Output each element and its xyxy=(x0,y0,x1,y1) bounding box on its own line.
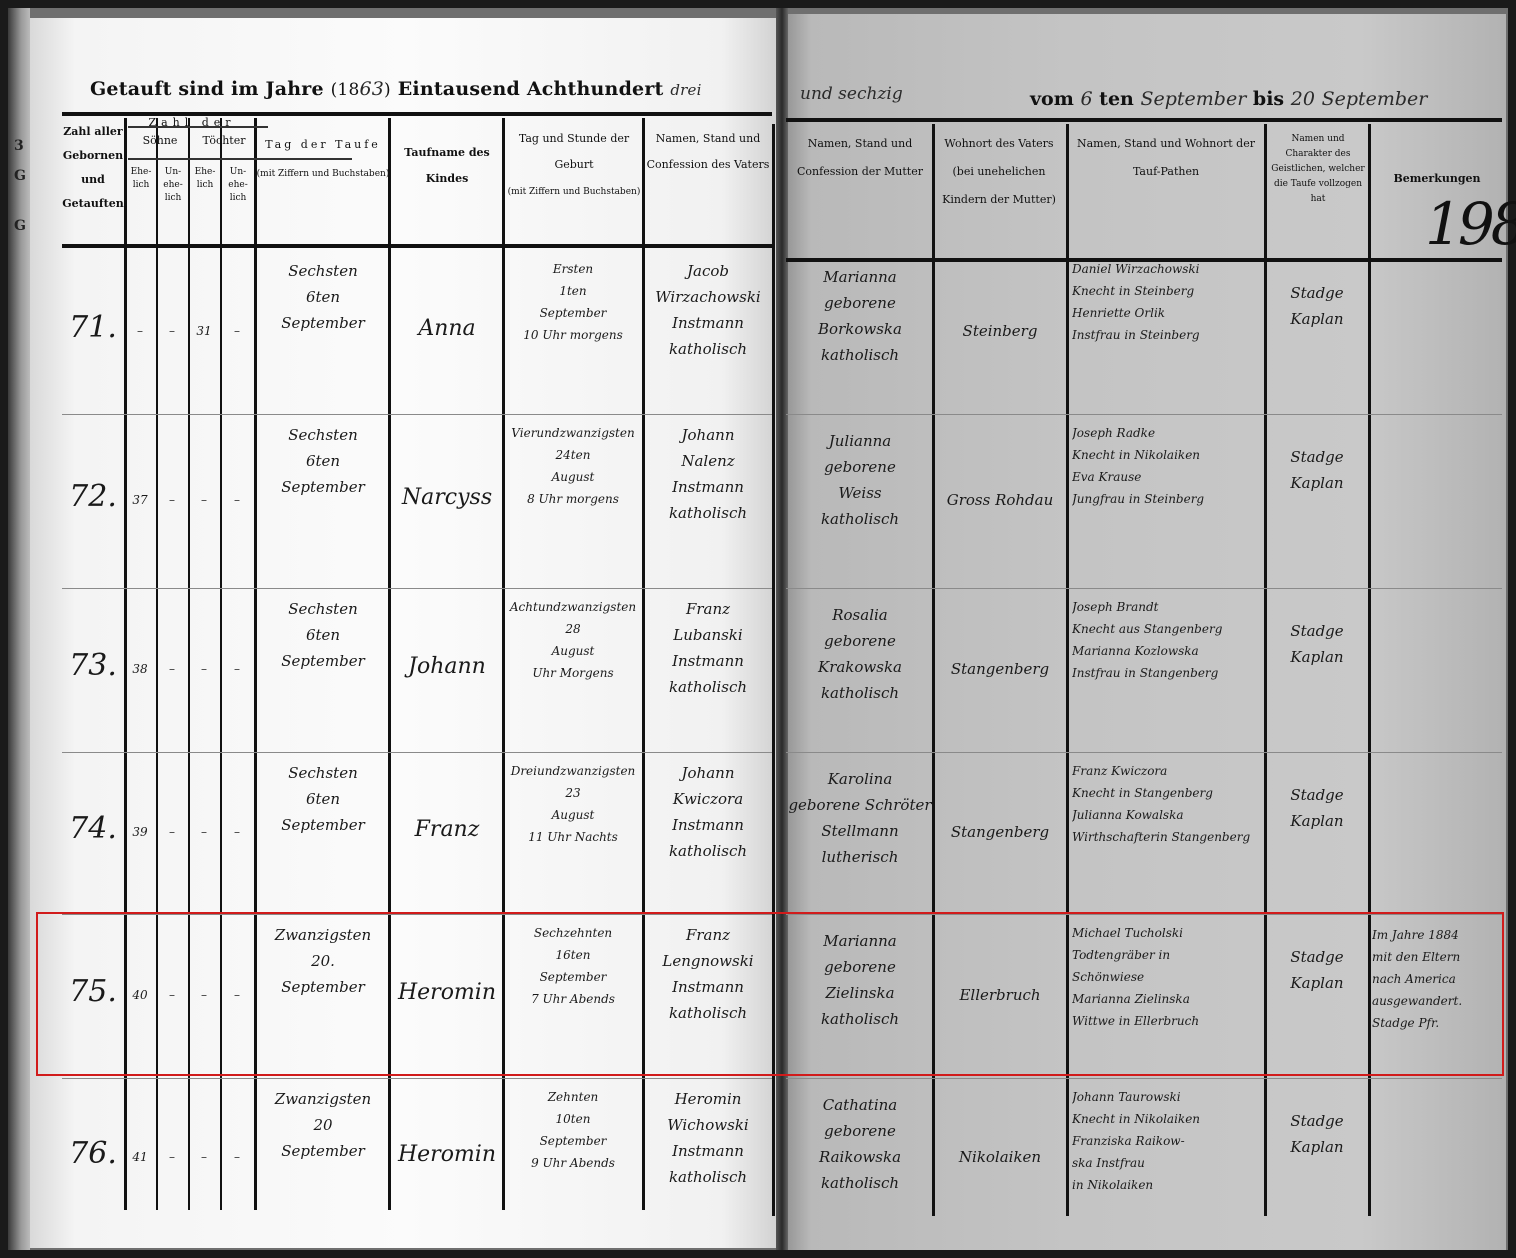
father-details-line: Instmann xyxy=(644,474,772,500)
clergy-name-line: Kaplan xyxy=(1266,470,1368,496)
mother-details-line: Stellmann xyxy=(788,818,932,844)
sons-illegit-count: – xyxy=(156,984,188,1008)
godparents-line: Henriette Orlik xyxy=(1072,302,1266,324)
father-details-line: Instmann xyxy=(644,1138,772,1164)
godparents-line: Knecht in Steinberg xyxy=(1072,280,1266,302)
col-header-baptism-day: Tag der Taufe xyxy=(258,132,388,158)
baptism-date-line: 6ten xyxy=(258,622,388,648)
mother-details-line: Julianna xyxy=(788,428,932,454)
birth-date-time-line: 10 Uhr morgens xyxy=(504,324,642,346)
godparents-line: Michael Tucholski xyxy=(1072,922,1266,944)
year-open: (18 xyxy=(331,80,360,100)
entry-number: 76. xyxy=(62,1134,124,1182)
father-details-line: katholisch xyxy=(644,674,772,700)
birth-date-time-line: 23 xyxy=(504,782,642,804)
sons-illegit-count: – xyxy=(156,1146,188,1170)
birth-date-time-line: 1ten xyxy=(504,280,642,302)
birth-date-time: Achtundzwanzigsten28AugustUhr Morgens xyxy=(504,596,642,744)
label-bis: bis xyxy=(1253,88,1284,110)
baptism-date: Sechsten6tenSeptember xyxy=(258,596,388,744)
baptism-date: Sechsten6tenSeptember xyxy=(258,422,388,580)
register-title-left: Getauft sind im Jahre (1863) Eintausend … xyxy=(90,78,702,100)
baptism-date-line: 20. xyxy=(258,948,388,974)
mother-details-line: geborene xyxy=(788,1118,932,1144)
book-spine xyxy=(776,8,788,1250)
year-words-continued: und sechzig xyxy=(800,84,903,104)
child-name: Heromin xyxy=(392,1142,502,1176)
col-header-child-name: Taufname des Kindes xyxy=(392,140,502,192)
col-header-daughters-legit: Ehe-lich xyxy=(190,166,220,192)
clergy-name-line: Kaplan xyxy=(1266,306,1368,332)
birth-date-time-line: 24ten xyxy=(504,444,642,466)
mother-details-line: Marianna xyxy=(788,928,932,954)
row-divider xyxy=(786,414,1502,415)
col-header-sons: Söhne xyxy=(128,128,192,154)
clergy-name-line: Stadge xyxy=(1266,444,1368,470)
daughters-illegit-count: – xyxy=(220,1146,254,1170)
birth-date-time-line: Sechzehnten xyxy=(504,922,642,944)
row-divider xyxy=(62,588,772,589)
mother-details-line: geborene xyxy=(788,290,932,316)
clergy-name: StadgeKaplan xyxy=(1266,444,1368,578)
father-details-line: Lubanski xyxy=(644,622,772,648)
daughters-illegit-count: – xyxy=(220,320,254,344)
birth-date-time-line: Dreiundzwanzigsten xyxy=(504,760,642,782)
mother-details: Karolinageborene SchröterStellmannluther… xyxy=(788,766,932,908)
father-details-line: Instmann xyxy=(644,974,772,1000)
clergy-name-line: Stadge xyxy=(1266,944,1368,970)
clergy-name-line: Kaplan xyxy=(1266,644,1368,670)
father-details-line: Franz xyxy=(644,922,772,948)
clergy-name-line: Stadge xyxy=(1266,618,1368,644)
row-divider xyxy=(62,914,772,915)
baptism-date-line: September xyxy=(258,812,388,838)
clergy-name-line: Kaplan xyxy=(1266,808,1368,834)
col-header-daughters-illegit: Un-ehe-lich xyxy=(222,166,254,205)
baptism-date: Sechsten6tenSeptember xyxy=(258,258,388,406)
child-name: Heromin xyxy=(392,980,502,1014)
birth-date-time-line: 11 Uhr Nachts xyxy=(504,826,642,848)
daughters-illegit-count: – xyxy=(220,489,254,513)
col-header-total: Zahl aller Gebornen und Getauften xyxy=(62,120,124,216)
daughters-illegit-count: – xyxy=(220,984,254,1008)
baptism-date-line: Sechsten xyxy=(258,596,388,622)
daughters-illegit-count: – xyxy=(220,821,254,845)
column-divider xyxy=(772,124,775,1216)
col-header-clergy: Namen und Charakter des Geistlichen, wel… xyxy=(1268,132,1368,207)
mother-details-line: Karolina xyxy=(788,766,932,792)
father-details-line: Instmann xyxy=(644,648,772,674)
father-details-line: Johann xyxy=(644,760,772,786)
end-month: September xyxy=(1322,88,1428,110)
entry-number: 74. xyxy=(62,809,124,857)
baptism-date-line: Sechsten xyxy=(258,258,388,284)
year-close: ) xyxy=(384,80,391,100)
book-edge: 3 G G xyxy=(8,8,30,1250)
entry-number: 75. xyxy=(62,972,124,1020)
birth-date-time-line: Vierundzwanzigsten xyxy=(504,422,642,444)
remarks-note-line: ausgewandert. xyxy=(1372,990,1502,1012)
daughters-legit-count: – xyxy=(188,1146,220,1170)
mother-details-line: geborene xyxy=(788,954,932,980)
col-header-godparents: Namen, Stand und Wohnort der Tauf-Pathen xyxy=(1068,130,1264,186)
father-details-line: Instmann xyxy=(644,310,772,336)
baptism-date-line: September xyxy=(258,310,388,336)
baptism-date: Zwanzigsten20September xyxy=(258,1086,388,1230)
father-details-line: Heromin xyxy=(644,1086,772,1112)
child-name: Narcyss xyxy=(392,485,502,519)
remarks-note-line: nach America xyxy=(1372,968,1502,990)
birth-date-time-line: September xyxy=(504,966,642,988)
daughters-legit-count: – xyxy=(188,821,220,845)
col-header-birth-note: (mit Ziffern und Buchstaben) xyxy=(504,186,644,199)
remarks-note: Im Jahre 1884mit den Elternnach Americaa… xyxy=(1372,924,1502,1074)
child-name: Johann xyxy=(392,654,502,688)
col-header-sons-legit: Ehe-lich xyxy=(126,166,156,192)
title-printed: Getauft sind im Jahre xyxy=(90,78,324,100)
row-divider xyxy=(786,752,1502,753)
clergy-name-line: Kaplan xyxy=(1266,1134,1368,1160)
col-header-father: Namen, Stand und Confession des Vaters xyxy=(646,126,770,178)
row-divider xyxy=(62,752,772,753)
label-vom: vom xyxy=(1030,88,1074,110)
mother-details: MariannageboreneBorkowskakatholisch xyxy=(788,264,932,408)
column-divider xyxy=(254,118,257,1210)
father-details-line: Instmann xyxy=(644,812,772,838)
clergy-name: StadgeKaplan xyxy=(1266,618,1368,742)
sons-legit-count: 40 xyxy=(124,984,156,1008)
column-divider xyxy=(1368,124,1371,1216)
birth-date-time-line: August xyxy=(504,804,642,826)
godparents-line: in Nikolaiken xyxy=(1072,1174,1266,1196)
father-details-line: Franz xyxy=(644,596,772,622)
father-details: JohannNalenzInstmannkatholisch xyxy=(644,422,772,580)
mother-details-line: geborene xyxy=(788,628,932,654)
child-name: Anna xyxy=(392,316,502,350)
residence: Stangenberg xyxy=(934,819,1066,849)
father-details-line: Jacob xyxy=(644,258,772,284)
godparents: Johann TaurowskiKnecht in NikolaikenFran… xyxy=(1072,1086,1266,1232)
col-header-baptism-note: (mit Ziffern und Buchstaben) xyxy=(256,168,390,181)
mother-details-line: katholisch xyxy=(788,1170,932,1196)
mother-details-line: Krakowska xyxy=(788,654,932,680)
mother-details-line: Cathatina xyxy=(788,1092,932,1118)
godparents-line: Franz Kwiczora xyxy=(1072,760,1266,782)
sons-legit-count: – xyxy=(124,320,156,344)
mother-details: RosaliageboreneKrakowskakatholisch xyxy=(788,602,932,746)
entry-number: 71. xyxy=(62,308,124,356)
sons-legit-count: 37 xyxy=(124,489,156,513)
birth-date-time-line: Zehnten xyxy=(504,1086,642,1108)
sons-legit-count: 39 xyxy=(124,821,156,845)
father-details-line: Johann xyxy=(644,422,772,448)
godparents-line: Eva Krause xyxy=(1072,466,1266,488)
daughters-legit-count: 31 xyxy=(188,320,220,344)
label-ten: ten xyxy=(1099,88,1134,110)
start-day: 6 xyxy=(1080,88,1092,110)
mother-details-line: Weiss xyxy=(788,480,932,506)
sons-illegit-count: – xyxy=(156,489,188,513)
clergy-name: StadgeKaplan xyxy=(1266,1108,1368,1228)
father-details-line: katholisch xyxy=(644,336,772,362)
row-divider xyxy=(786,1078,1502,1079)
start-month: September xyxy=(1140,88,1246,110)
page-number: 198 xyxy=(1425,190,1516,258)
edge-letter: 3 xyxy=(14,138,24,154)
col-header-birth: Tag und Stunde der Geburt xyxy=(506,126,642,178)
row-divider xyxy=(786,588,1502,589)
sons-illegit-count: – xyxy=(156,320,188,344)
daughters-legit-count: – xyxy=(188,658,220,682)
father-details-line: Wichowski xyxy=(644,1112,772,1138)
edge-letter: G xyxy=(14,168,26,184)
godparents: Franz KwiczoraKnecht in StangenbergJulia… xyxy=(1072,760,1266,908)
mother-details: CathatinageboreneRaikowskakatholisch xyxy=(788,1092,932,1232)
baptism-date-line: 6ten xyxy=(258,448,388,474)
col-header-mother: Namen, Stand und Confession der Mutter xyxy=(790,130,930,186)
birth-date-time-line: August xyxy=(504,640,642,662)
baptism-date-line: 6ten xyxy=(258,786,388,812)
mother-details-line: geborene Schröter xyxy=(788,792,932,818)
clergy-name: StadgeKaplan xyxy=(1266,782,1368,904)
godparents-line: Marianna Kozlowska xyxy=(1072,640,1266,662)
birth-date-time: Ersten1tenSeptember10 Uhr morgens xyxy=(504,258,642,406)
godparents-line: Schönwiese xyxy=(1072,966,1266,988)
father-details-line: katholisch xyxy=(644,1000,772,1026)
father-details: FranzLubanskiInstmannkatholisch xyxy=(644,596,772,744)
mother-details-line: katholisch xyxy=(788,342,932,368)
father-details: JacobWirzachowskiInstmannkatholisch xyxy=(644,258,772,406)
entry-number: 73. xyxy=(62,646,124,694)
godparents-line: Knecht aus Stangenberg xyxy=(1072,618,1266,640)
header-rule-right xyxy=(786,118,1502,122)
remarks-note-line: Im Jahre 1884 xyxy=(1372,924,1502,946)
godparents-line: Knecht in Nikolaiken xyxy=(1072,444,1266,466)
godparents-line: Johann Taurowski xyxy=(1072,1086,1266,1108)
clergy-name-line: Stadge xyxy=(1266,1108,1368,1134)
father-details-line: Kwiczora xyxy=(644,786,772,812)
godparents-line: Instfrau in Stangenberg xyxy=(1072,662,1266,684)
godparents-line: Wirthschafterin Stangenberg xyxy=(1072,826,1266,848)
birth-date-time-line: Ersten xyxy=(504,258,642,280)
subheader-rule xyxy=(128,158,352,160)
row-divider xyxy=(62,414,772,415)
baptism-date-line: 6ten xyxy=(258,284,388,310)
baptism-date-line: September xyxy=(258,974,388,1000)
birth-date-time: Vierundzwanzigsten24tenAugust8 Uhr morge… xyxy=(504,422,642,580)
father-details-line: katholisch xyxy=(644,500,772,526)
birth-date-time-line: 9 Uhr Abends xyxy=(504,1152,642,1174)
father-details: JohannKwiczoraInstmannkatholisch xyxy=(644,760,772,906)
mother-details-line: Marianna xyxy=(788,264,932,290)
sons-legit-count: 41 xyxy=(124,1146,156,1170)
godparents-line: Joseph Brandt xyxy=(1072,596,1266,618)
birth-date-time-line: 10ten xyxy=(504,1108,642,1130)
father-details-line: Nalenz xyxy=(644,448,772,474)
godparents-line: Franziska Raikow- xyxy=(1072,1130,1266,1152)
baptism-date-line: 20 xyxy=(258,1112,388,1138)
father-details: HerominWichowskiInstmannkatholisch xyxy=(644,1086,772,1230)
birth-date-time: Sechzehnten16tenSeptember7 Uhr Abends xyxy=(504,922,642,1070)
birth-date-time-line: September xyxy=(504,302,642,324)
baptism-date-line: Sechsten xyxy=(258,422,388,448)
godparents: Daniel WirzachowskiKnecht in SteinbergHe… xyxy=(1072,258,1266,408)
mother-details-line: katholisch xyxy=(788,1006,932,1032)
year-handwritten: 63 xyxy=(359,78,384,100)
birth-date-time-line: August xyxy=(504,466,642,488)
column-divider xyxy=(388,118,391,1210)
baptism-date: Sechsten6tenSeptember xyxy=(258,760,388,906)
father-details-line: katholisch xyxy=(644,838,772,864)
sons-legit-count: 38 xyxy=(124,658,156,682)
father-details: FranzLengnowskiInstmannkatholisch xyxy=(644,922,772,1070)
baptism-date-line: Zwanzigsten xyxy=(258,1086,388,1112)
birth-date-time: Zehnten10tenSeptember9 Uhr Abends xyxy=(504,1086,642,1230)
birth-date-time-line: 7 Uhr Abends xyxy=(504,988,642,1010)
mother-details-line: katholisch xyxy=(788,680,932,706)
daughters-illegit-count: – xyxy=(220,658,254,682)
godparents-line: Knecht in Nikolaiken xyxy=(1072,1108,1266,1130)
godparents-line: Jungfrau in Steinberg xyxy=(1072,488,1266,510)
godparents-line: Julianna Kowalska xyxy=(1072,804,1266,826)
clergy-name: StadgeKaplan xyxy=(1266,944,1368,1068)
mother-details: JuliannageboreneWeisskatholisch xyxy=(788,428,932,582)
daughters-legit-count: – xyxy=(188,489,220,513)
godparents-line: Todtengräber in xyxy=(1072,944,1266,966)
father-details-line: Wirzachowski xyxy=(644,284,772,310)
residence: Gross Rohdau xyxy=(934,487,1066,517)
birth-date-time-line: 16ten xyxy=(504,944,642,966)
column-header-bottom-left xyxy=(62,244,772,248)
sons-illegit-count: – xyxy=(156,658,188,682)
daughters-legit-count: – xyxy=(188,984,220,1008)
birth-date-time-line: Uhr Morgens xyxy=(504,662,642,684)
mother-details: MariannageboreneZielinskakatholisch xyxy=(788,928,932,1072)
sons-illegit-count: – xyxy=(156,821,188,845)
mother-details-line: Raikowska xyxy=(788,1144,932,1170)
row-divider xyxy=(62,1078,772,1079)
birth-date-time-line: September xyxy=(504,1130,642,1152)
col-header-daughters: Töchter xyxy=(192,128,256,154)
end-day: 20 xyxy=(1291,88,1315,110)
godparents: Joseph BrandtKnecht aus StangenbergMaria… xyxy=(1072,596,1266,746)
father-details-line: katholisch xyxy=(644,1164,772,1190)
col-header-residence: Wohnort des Vaters (bei unehelichen Kind… xyxy=(934,130,1064,214)
baptism-date-line: Sechsten xyxy=(258,760,388,786)
remarks-note-line: Stadge Pfr. xyxy=(1372,1012,1502,1034)
col-header-sons-illegit: Un-ehe-lich xyxy=(158,166,188,205)
baptism-date-line: Zwanzigsten xyxy=(258,922,388,948)
mother-details-line: Zielinska xyxy=(788,980,932,1006)
row-divider xyxy=(786,914,1502,915)
godparents-line: Daniel Wirzachowski xyxy=(1072,258,1266,280)
residence: Steinberg xyxy=(934,318,1066,348)
mother-details-line: lutherisch xyxy=(788,844,932,870)
clergy-name-line: Kaplan xyxy=(1266,970,1368,996)
birth-date-time-line: Achtundzwanzigsten xyxy=(504,596,642,618)
godparents-line: Joseph Radke xyxy=(1072,422,1266,444)
clergy-name: StadgeKaplan xyxy=(1266,280,1368,404)
godparents-line: ska Instfrau xyxy=(1072,1152,1266,1174)
residence: Nikolaiken xyxy=(934,1144,1066,1174)
column-divider xyxy=(1066,124,1069,1216)
mother-details-line: geborene xyxy=(788,454,932,480)
godparents-line: Instfrau in Steinberg xyxy=(1072,324,1266,346)
entry-number: 72. xyxy=(62,477,124,525)
mother-details-line: Rosalia xyxy=(788,602,932,628)
baptism-date-line: September xyxy=(258,1138,388,1164)
godparents-line: Wittwe in Ellerbruch xyxy=(1072,1010,1266,1032)
remarks-note-line: mit den Eltern xyxy=(1372,946,1502,968)
title-printed-2: Eintausend Achthundert xyxy=(398,78,664,100)
godparents-line: Marianna Zielinska xyxy=(1072,988,1266,1010)
birth-date-time-line: 28 xyxy=(504,618,642,640)
child-name: Franz xyxy=(392,817,502,851)
mother-details-line: Borkowska xyxy=(788,316,932,342)
father-details-line: Lengnowski xyxy=(644,948,772,974)
godparents: Michael TucholskiTodtengräber inSchönwie… xyxy=(1072,922,1266,1072)
year-words-handwritten: drei xyxy=(670,81,701,99)
baptism-date-line: September xyxy=(258,474,388,500)
clergy-name-line: Stadge xyxy=(1266,280,1368,306)
residence: Stangenberg xyxy=(934,656,1066,686)
godparents-line: Knecht in Stangenberg xyxy=(1072,782,1266,804)
baptism-date-line: September xyxy=(258,648,388,674)
birth-date-time: Dreiundzwanzigsten23August11 Uhr Nachts xyxy=(504,760,642,906)
godparents: Joseph RadkeKnecht in NikolaikenEva Krau… xyxy=(1072,422,1266,582)
register-date-range: vom 6 ten September bis 20 September xyxy=(1030,88,1427,110)
residence: Ellerbruch xyxy=(934,982,1066,1012)
col-header-remarks: Bemerkungen xyxy=(1372,166,1502,192)
birth-date-time-line: 8 Uhr morgens xyxy=(504,488,642,510)
edge-letter: G xyxy=(14,218,26,234)
mother-details-line: katholisch xyxy=(788,506,932,532)
baptism-date: Zwanzigsten20.September xyxy=(258,922,388,1070)
clergy-name-line: Stadge xyxy=(1266,782,1368,808)
